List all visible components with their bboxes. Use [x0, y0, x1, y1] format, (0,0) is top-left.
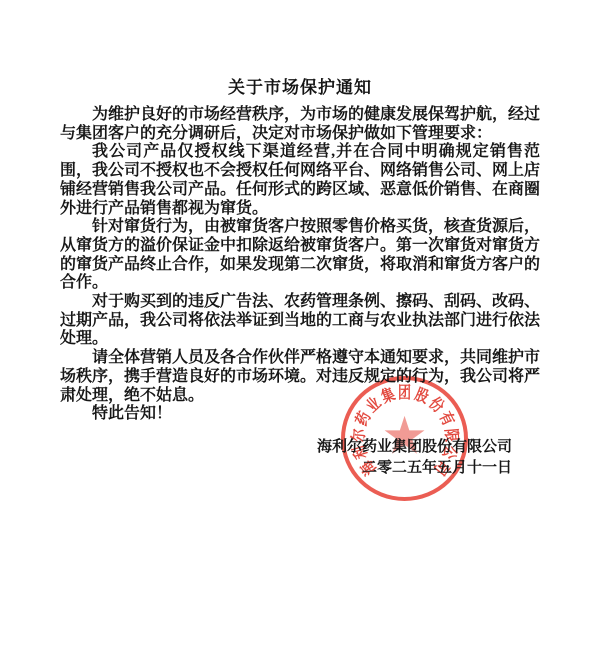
body-paragraph: 对于购买到的违反广告法、农药管理条例、擦码、刮码、改码、过期产品，我公司将依法举… [60, 293, 540, 349]
body-paragraph: 我公司产品仅授权线下渠道经营,并在合同中明确规定销售范围，我公司不授权也不会授权… [60, 143, 540, 218]
document-body: 为维护良好的市场经营秩序，为市场的健康发展保驾护航，经过与集团客户的充分调研后，… [60, 106, 540, 424]
body-paragraph: 请全体营销人员及各合作伙伴严格遵守本通知要求，共同维护市场秩序，携手营造良好的市… [60, 349, 540, 405]
body-paragraph: 特此告知！ [60, 405, 540, 424]
document-page: 关于市场保护通知 为维护良好的市场经营秩序，为市场的健康发展保驾护航，经过与集团… [0, 0, 599, 655]
signature-date: 二零二五年五月十一日 [60, 458, 512, 479]
signature-block: 海利尔药业集团股份有限公司 二零二五年五月十一日 [60, 437, 540, 479]
body-paragraph: 为维护良好的市场经营秩序，为市场的健康发展保驾护航，经过与集团客户的充分调研后，… [60, 106, 540, 143]
document-content: 关于市场保护通知 为维护良好的市场经营秩序，为市场的健康发展保驾护航，经过与集团… [60, 0, 540, 479]
body-paragraph: 针对窜货行为，由被窜货客户按照零售价格买货，核查货源后，从窜货方的溢价保证金中扣… [60, 218, 540, 293]
signature-company: 海利尔药业集团股份有限公司 [60, 437, 512, 458]
document-title: 关于市场保护通知 [60, 73, 540, 98]
